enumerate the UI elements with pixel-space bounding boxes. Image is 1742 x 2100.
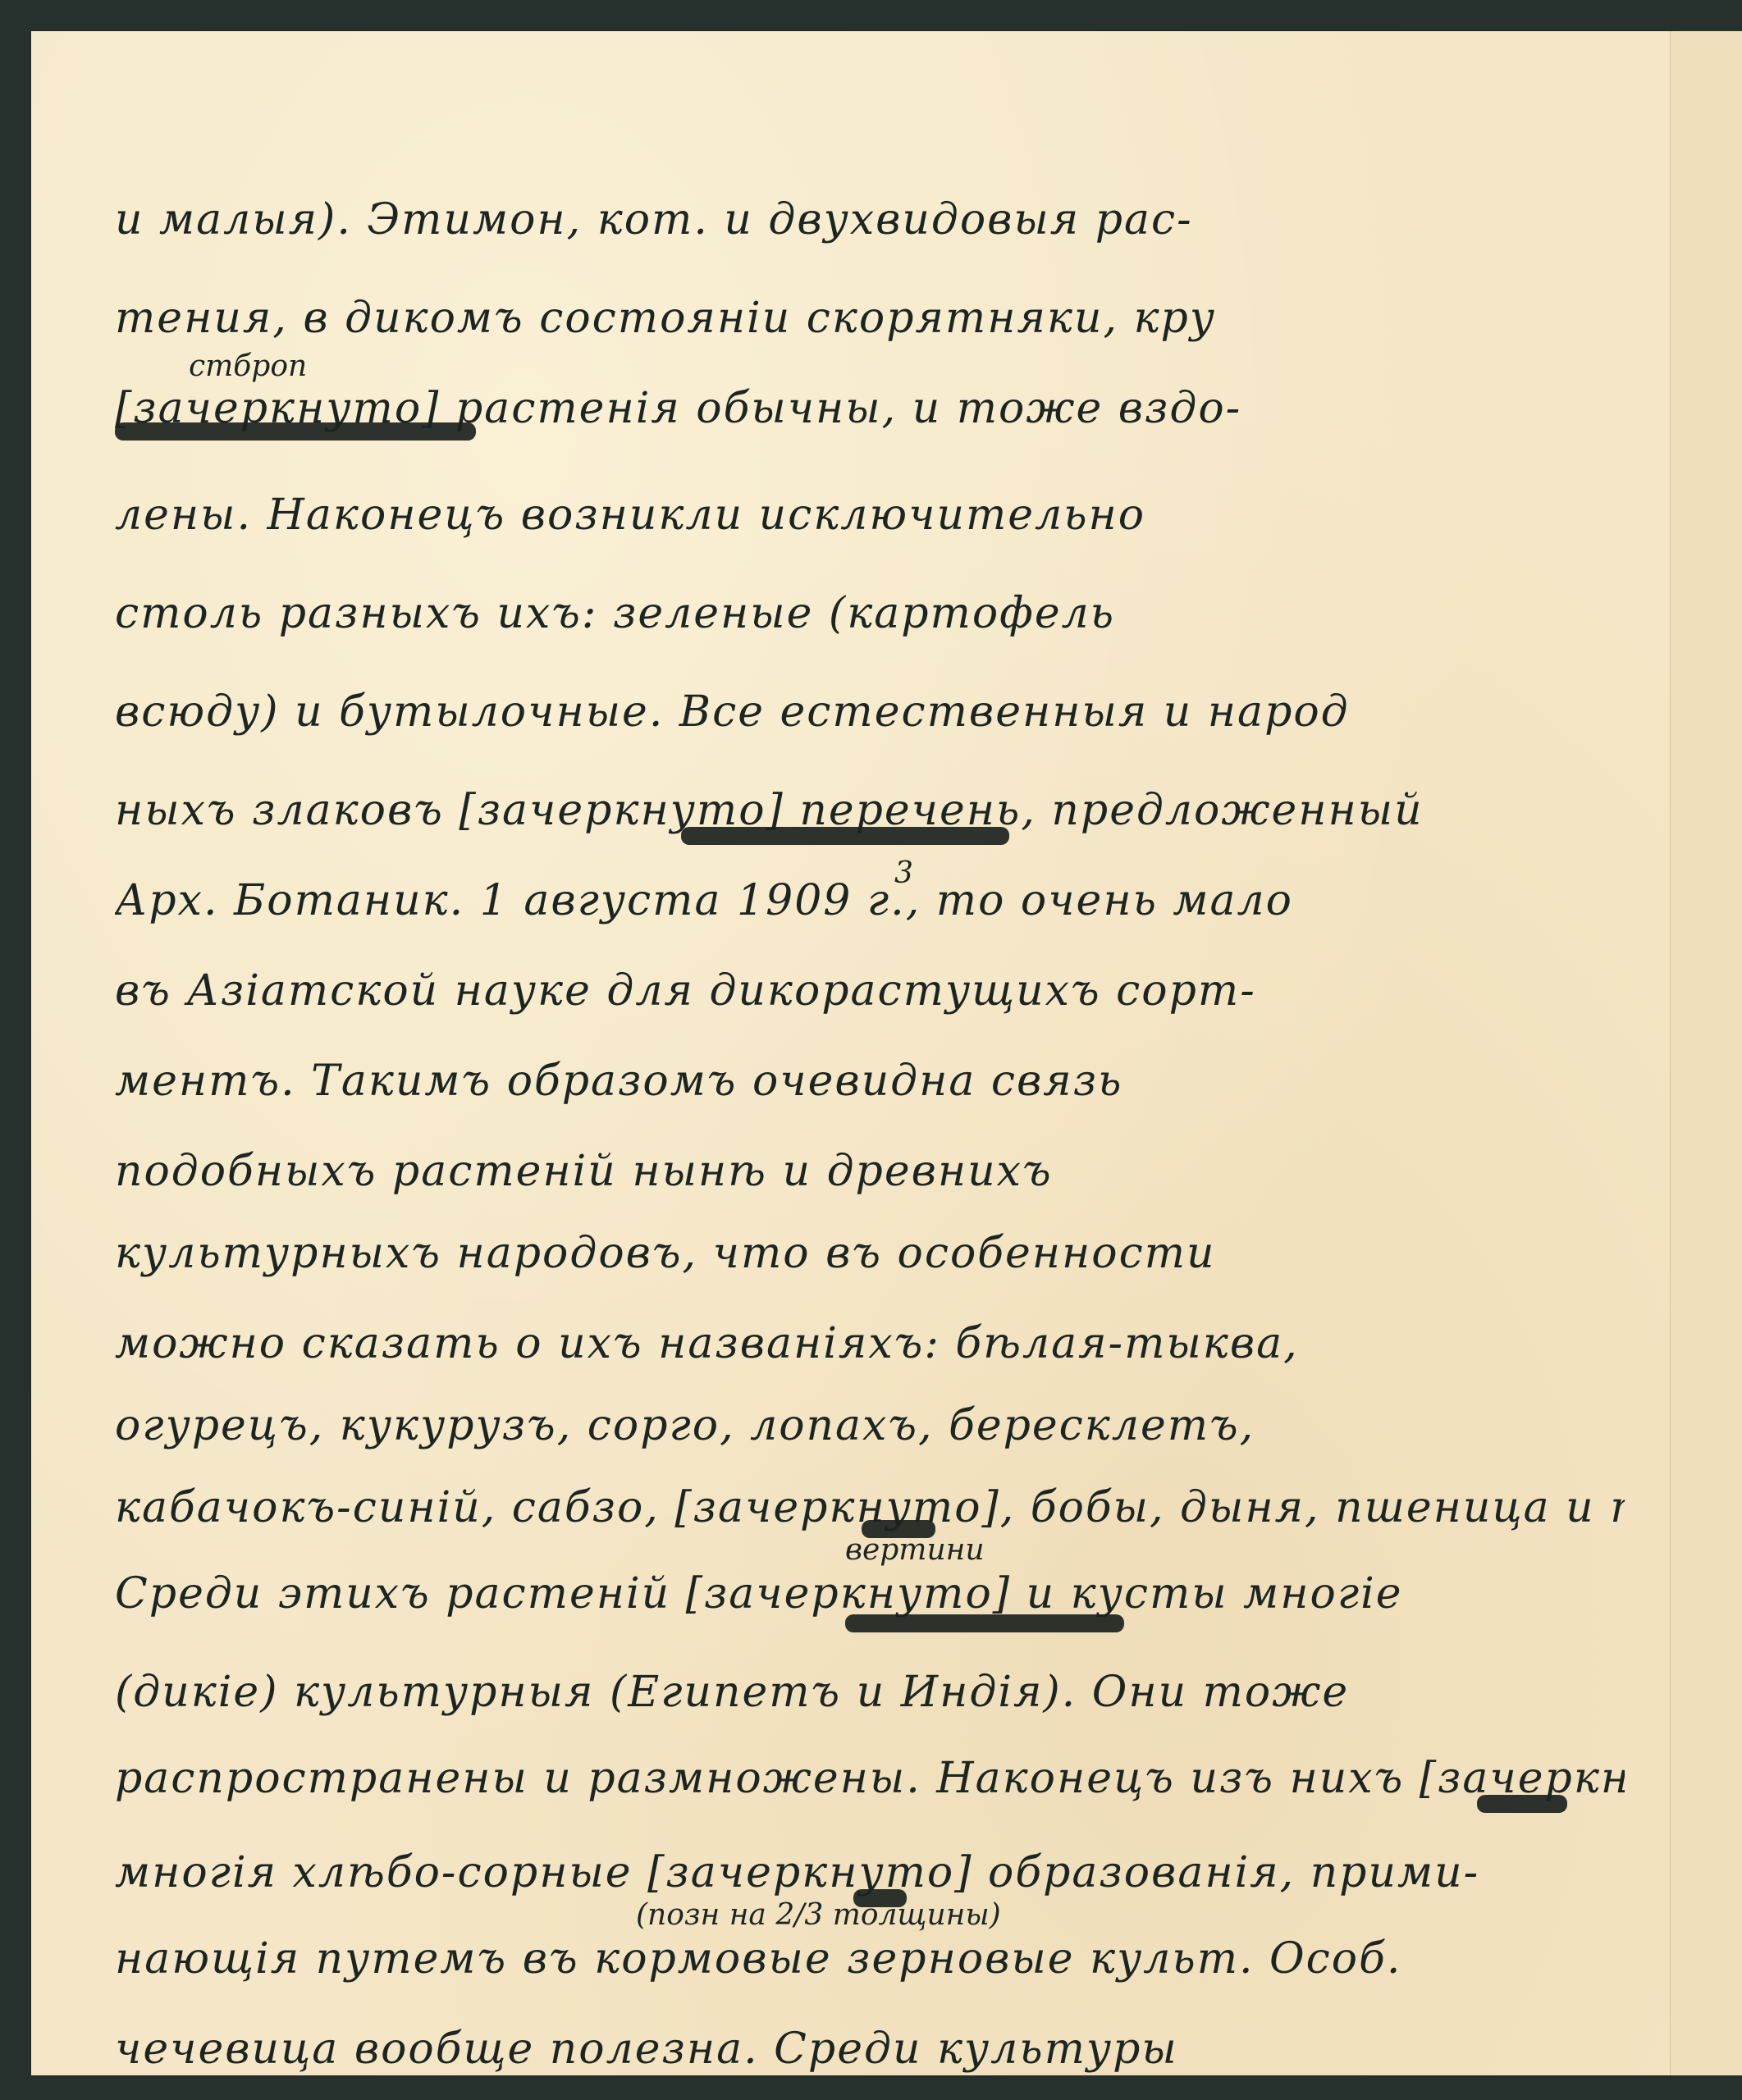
ink-strikeout xyxy=(1477,1795,1567,1813)
interlinear-insertion: (позн на 2/3 толщины) xyxy=(636,1898,1001,1932)
manuscript-line: въ Азіатской науке для дикорастущихъ сор… xyxy=(115,966,1625,1016)
ink-strikeout xyxy=(681,827,1009,845)
manuscript-line: нающія путемъ въ кормовые зерновые культ… xyxy=(115,1934,1625,1984)
manuscript-line: Среди этихъ растеній [зачеркнуто] и куст… xyxy=(115,1569,1625,1618)
manuscript-line: Арх. Ботаник. 1 августа 1909 г., то очен… xyxy=(115,876,1625,925)
manuscript-line: и малыя). Этимон, кот. и двухвидовыя рас… xyxy=(115,195,1625,244)
manuscript-line: столь разныхъ ихъ: зеленые (картофель xyxy=(115,589,1625,638)
interlinear-insertion: стброп xyxy=(189,349,307,383)
manuscript-line: культурныхъ народовъ, что въ особенности xyxy=(115,1229,1625,1278)
manuscript-line: тения, в дикомъ состояніи скорятняки, кр… xyxy=(115,294,1625,343)
manuscript-line: ментъ. Такимъ образомъ очевидна связь xyxy=(115,1057,1625,1106)
manuscript-line: можно сказать о ихъ названіяхъ: бѣлая-ты… xyxy=(115,1319,1625,1368)
ink-strikeout xyxy=(845,1614,1124,1632)
manuscript-line: чечевица вообще полезна. Среди культуры xyxy=(115,2025,1625,2074)
manuscript-line: всюду) и бутылочные. Все естественныя и … xyxy=(115,687,1625,737)
interlinear-insertion: вертини xyxy=(845,1533,985,1567)
ink-strikeout xyxy=(115,422,476,441)
manuscript-line: распространены и размножены. Наконецъ из… xyxy=(115,1754,1625,1803)
manuscript-line: подобныхъ растеній нынѣ и древнихъ xyxy=(115,1147,1625,1196)
ink-strikeout xyxy=(853,1889,907,1907)
manuscript-line: (дикіе) культурныя (Египетъ и Индія). Он… xyxy=(115,1668,1625,1717)
ink-strikeout xyxy=(862,1520,935,1538)
manuscript-line: лены. Наконецъ возникли исключительно xyxy=(115,491,1625,540)
manuscript-line: огурецъ, кукурузъ, сорго, лопахъ, береск… xyxy=(115,1401,1625,1450)
adjacent-page-edge xyxy=(1670,31,1742,2075)
interlinear-insertion: 3 xyxy=(894,856,913,890)
